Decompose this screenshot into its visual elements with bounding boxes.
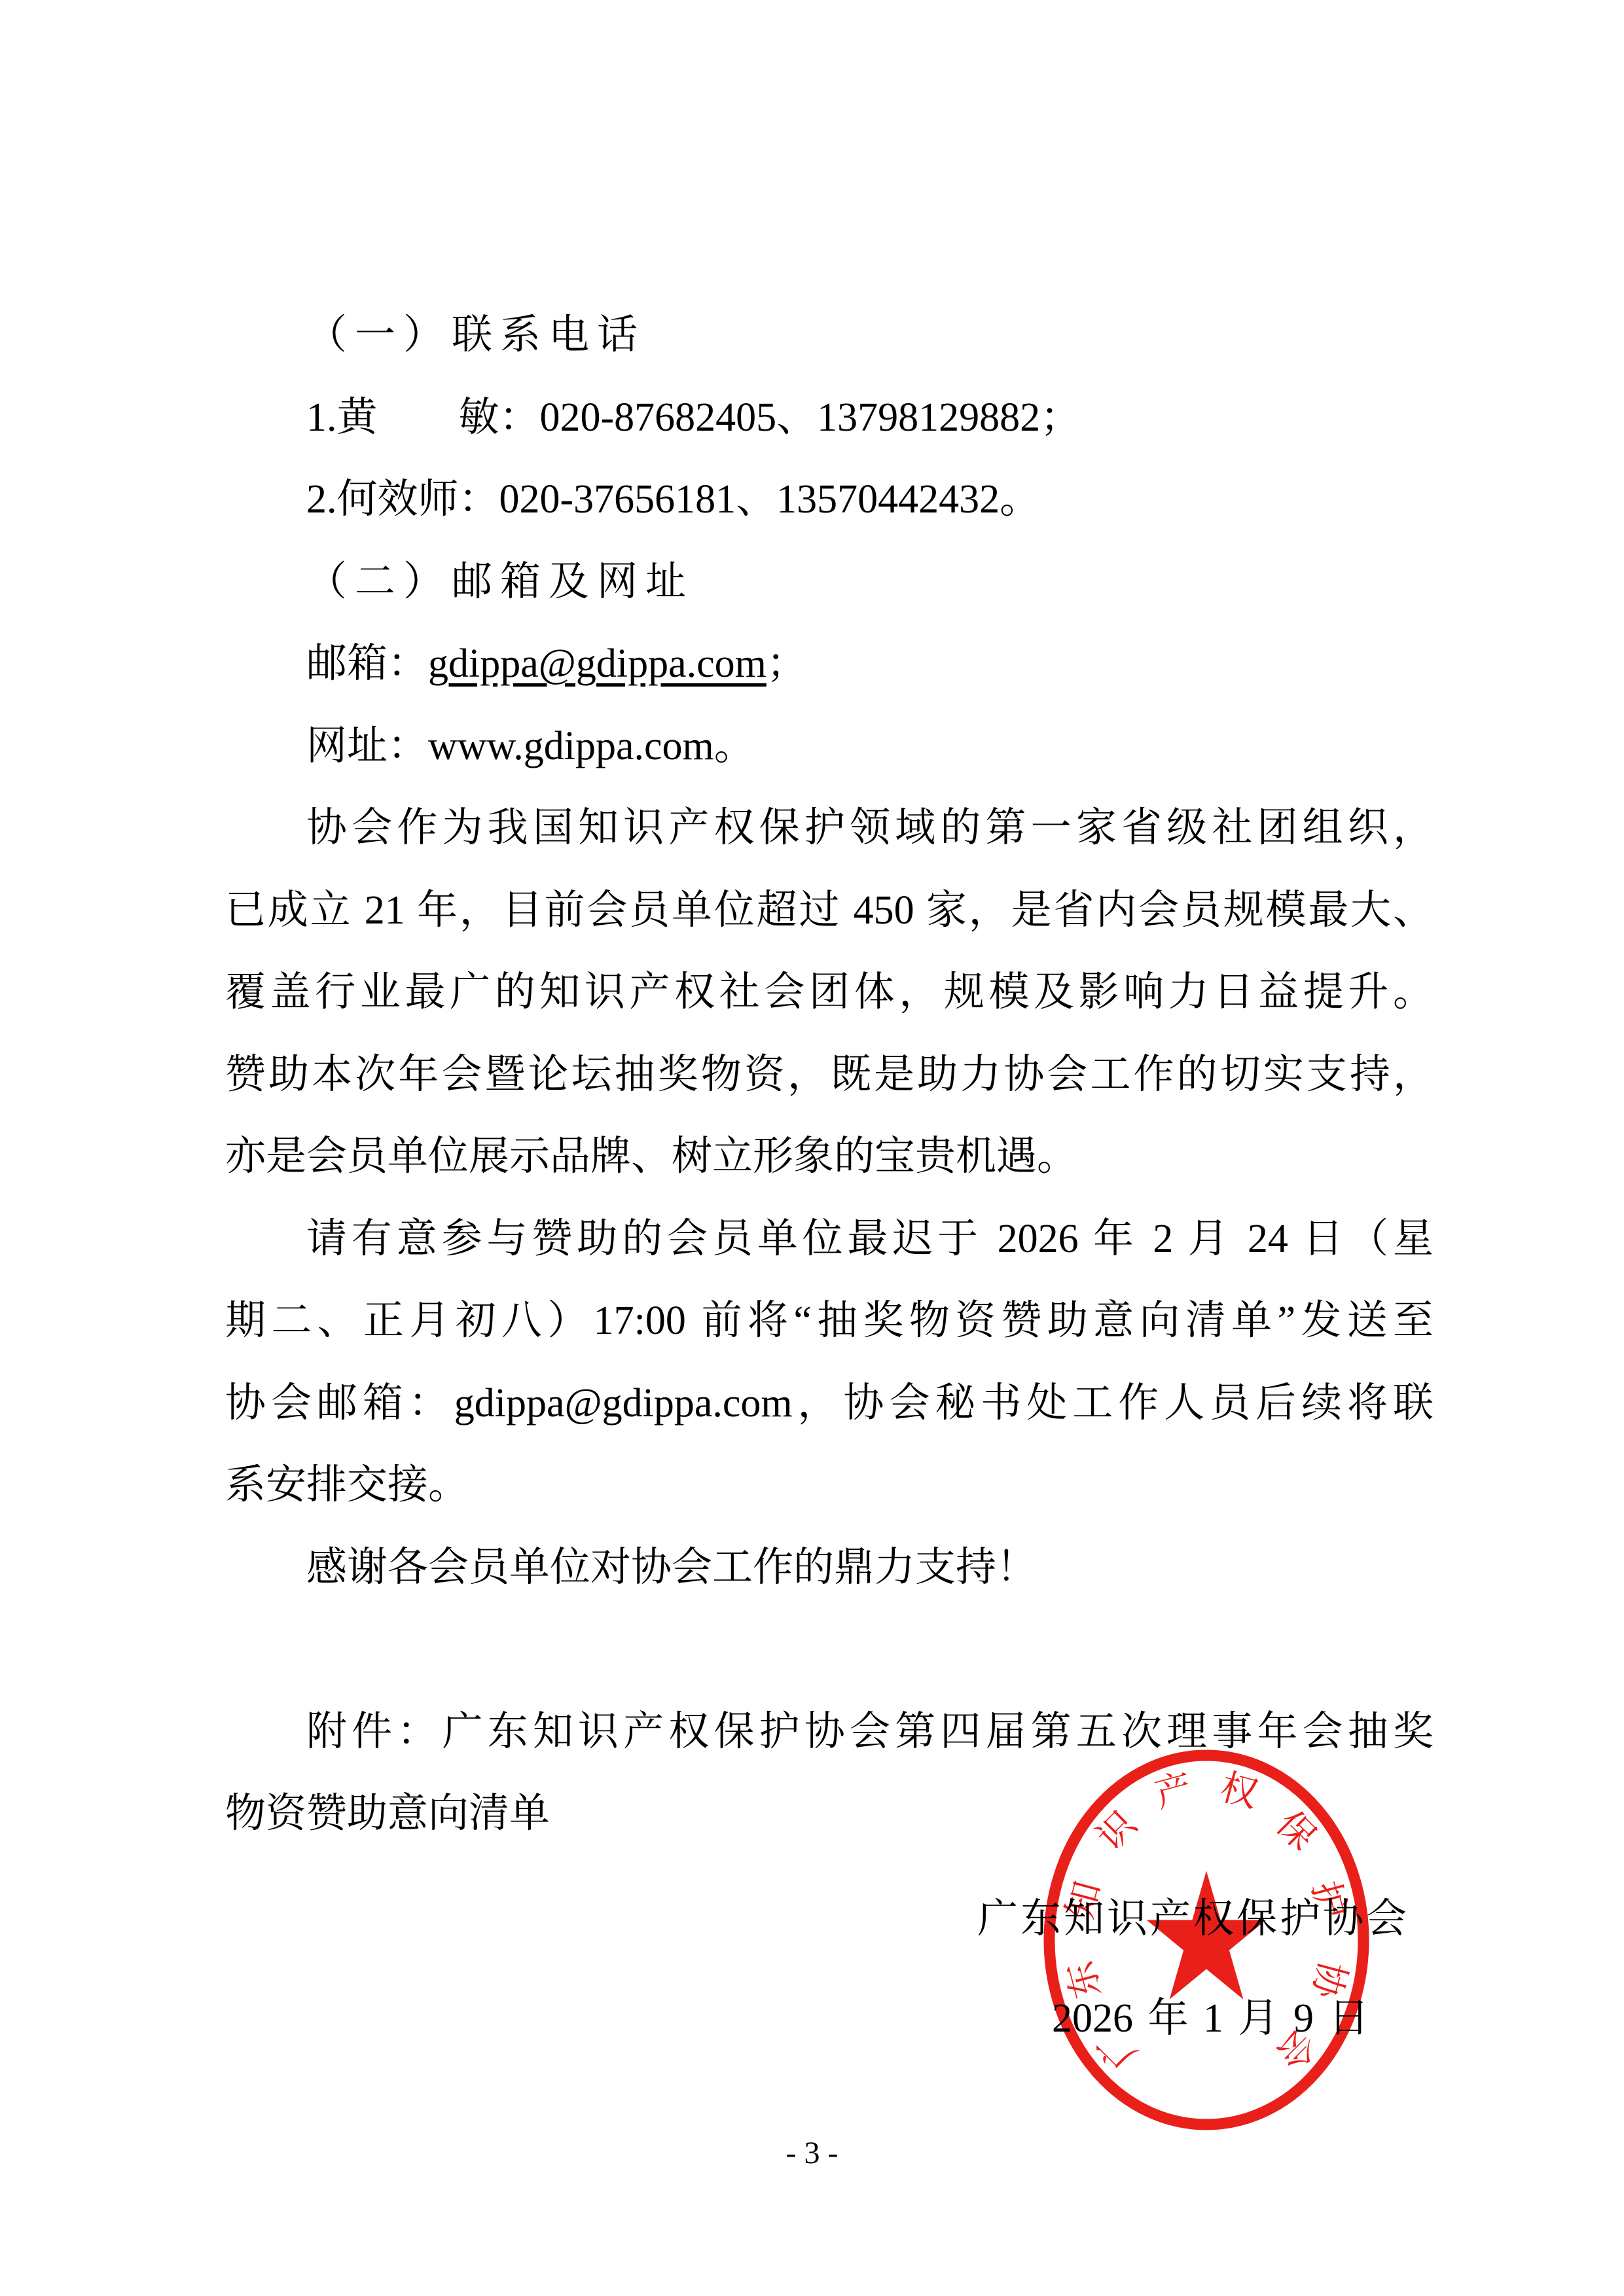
email-link[interactable]: gdippa@gdippa.com [428, 641, 767, 686]
body-line: 覆盖行业最广的知识产权社会团体，规模及影响力日益提升。 [225, 952, 1434, 1034]
body-line: 协会邮箱：gdippa@gdippa.com，协会秘书处工作人员后续将联 [225, 1363, 1434, 1445]
email-line: 邮箱：gdippa@gdippa.com； [225, 623, 1434, 706]
document-body: （一）联系电话1.黄 敏：020-87682405、13798129882；2.… [225, 295, 1434, 1856]
contact-line-2: 2.何效师：020-37656181、13570442432。 [225, 459, 1434, 541]
contact-line-1: 1.黄 敏：020-87682405、13798129882； [225, 377, 1434, 459]
body-line: 已成立 21 年，目前会员单位超过 450 家，是省内会员规模最大、 [225, 870, 1434, 952]
text-span: ； [767, 641, 807, 686]
section-heading-2: （二）邮箱及网址 [225, 541, 1434, 624]
official-seal-stamp: 广东知识产权保护协会 [1023, 1731, 1390, 2162]
website-line: 网址：www.gdippa.com。 [225, 706, 1434, 788]
star-icon [1147, 1871, 1267, 2000]
seal-ring-char: 知 [1060, 1877, 1108, 1923]
body-line: 协会作为我国知识产权保护领域的第一家省级社团组织， [225, 787, 1434, 870]
seal-ring-char: 护 [1304, 1877, 1352, 1923]
seal-ring-char: 产 [1151, 1767, 1197, 1816]
body-line: 期二、正月初八）17:00 前将“抽奖物资赞助意向清单”发送至 [225, 1280, 1434, 1363]
section-heading-1: （一）联系电话 [225, 295, 1434, 377]
document-page: （一）联系电话1.黄 敏：020-87682405、13798129882；2.… [0, 0, 1624, 2296]
body-line: 亦是会员单位展示品牌、树立形象的宝贵机遇。 [225, 1116, 1434, 1198]
body-line: 系安排交接。 [225, 1444, 1434, 1527]
body-line: 赞助本次年会暨论坛抽奖物资，既是助力协会工作的切实支持， [225, 1034, 1434, 1117]
blank-line [225, 1609, 1434, 1691]
seal-ring-char: 东 [1060, 1957, 1108, 2003]
seal-ring-char: 权 [1216, 1767, 1262, 1816]
body-line: 感谢各会员单位对协会工作的鼎力支持！ [225, 1527, 1434, 1609]
text-span: 邮箱： [306, 641, 428, 686]
page-number: - 3 - [0, 2135, 1624, 2172]
body-line: 请有意参与赞助的会员单位最迟于 2026 年 2 月 24 日（星 [225, 1198, 1434, 1281]
seal-ring-char: 协 [1304, 1957, 1353, 2004]
